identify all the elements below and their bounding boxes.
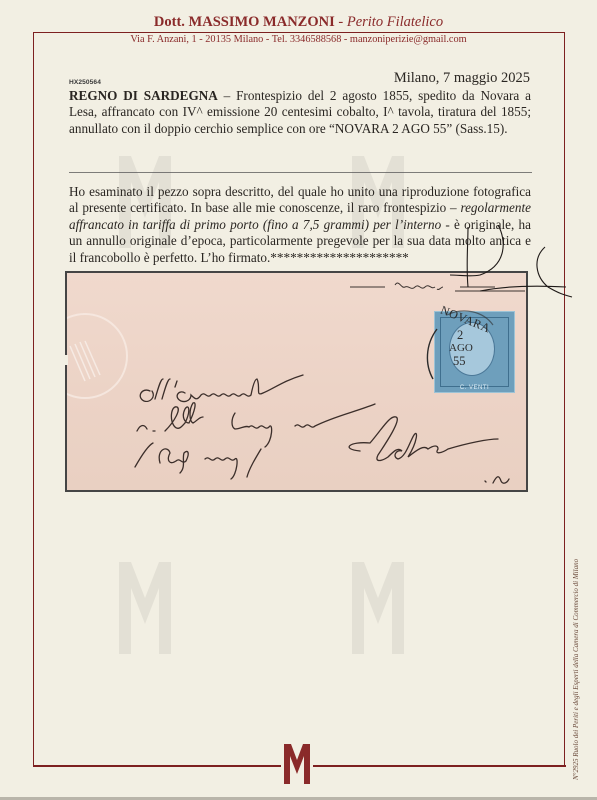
cover-notch <box>63 355 68 365</box>
mm-watermark-icon <box>115 558 175 658</box>
expert-role: Perito Filatelico <box>347 14 443 30</box>
expert-name-line: Dott. MASSIMO MANZONI - Perito Filatelic… <box>0 14 597 31</box>
stamp-portrait-oval <box>449 322 495 376</box>
mm-watermark-icon <box>348 558 408 658</box>
stamp-value: C. VENTI <box>435 385 514 391</box>
certificate-code: HX250564 <box>69 79 101 86</box>
place-date: Milano, 7 maggio 2025 <box>394 70 530 87</box>
item-description: REGNO DI SARDEGNA – Frontespizio del 2 a… <box>69 88 531 137</box>
registry-note: N°2925 Ruolo dei Periti e degli Esperti … <box>572 559 580 780</box>
expert-name: Dott. MASSIMO MANZONI <box>154 14 335 30</box>
frame-bottom-left <box>33 765 281 767</box>
postage-stamp: C. VENTI <box>434 311 515 393</box>
frame-bottom-right <box>313 765 566 767</box>
expert-signature-icon <box>440 225 580 300</box>
mm-monogram-logo-icon <box>282 742 312 786</box>
description-title: REGNO DI SARDEGNA <box>69 88 218 103</box>
section-divider <box>69 172 532 173</box>
